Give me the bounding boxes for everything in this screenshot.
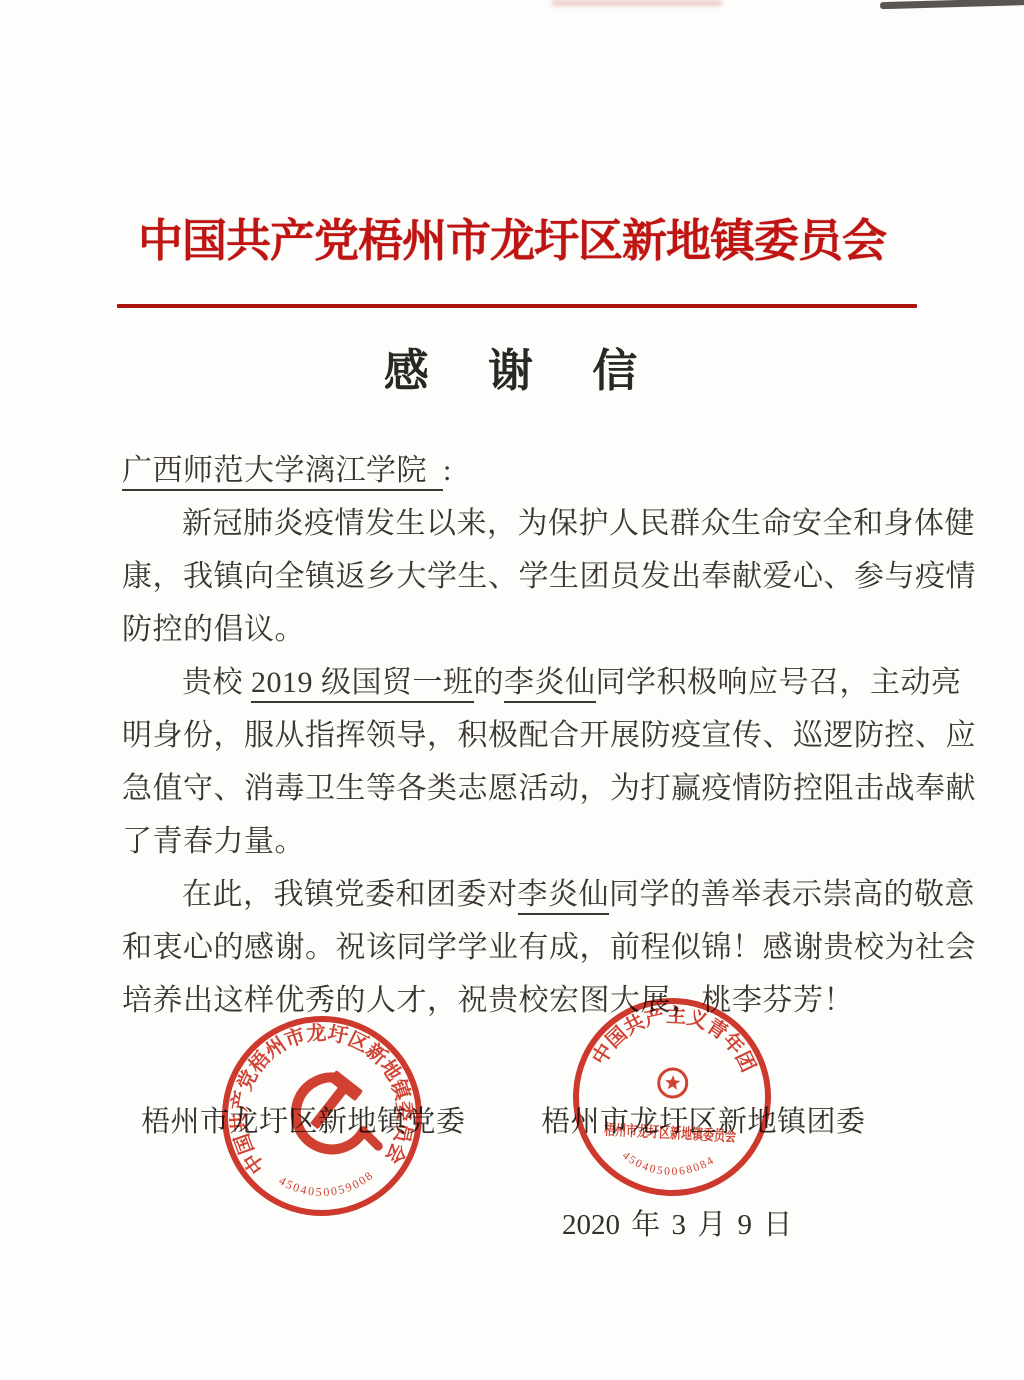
- body-line-p2-1: 贵校 2019 级国贸一班的李炎仙同学积极响应号召，主动亮: [122, 656, 922, 709]
- scanned-letter-page: 中国共产党梧州市龙圩区新地镇委员会 感 谢 信 广西师范大学漓江学院: 新冠肺炎…: [0, 0, 1024, 1380]
- body-line-p2-4: 了青春力量。: [122, 815, 922, 868]
- salutation-colon: :: [443, 454, 452, 487]
- letter-title: 感 谢 信: [0, 334, 1024, 399]
- letter-body: 广西师范大学漓江学院: 新冠肺炎疫情发生以来，为保护人民群众生命安全和身体健 康…: [122, 444, 922, 1027]
- scan-artifact-top-smudge: [552, 0, 722, 6]
- seal-arc-text: 中国共产主义青年团: [586, 999, 763, 1076]
- body-line-p1-3: 防控的倡议。: [122, 603, 922, 656]
- hammer-and-sickle-icon: [293, 1068, 378, 1152]
- issuing-authority-title: 中国共产党梧州市龙圩区新地镇委员会: [0, 204, 1024, 269]
- party-committee-seal: 中国共产党梧州市龙圩区新地镇委员会 4504050059008: [212, 1006, 432, 1226]
- letter-date: 2020 年 3 月 9 日: [562, 1202, 792, 1243]
- seal-ring-text: 中国共产党梧州市龙圩区新地镇委员会: [220, 1015, 420, 1180]
- student-name-underlined: 李炎仙: [518, 878, 610, 915]
- class-name-underlined: 2019 级国贸一班: [251, 666, 474, 703]
- student-name-underlined: 李炎仙: [504, 666, 596, 703]
- seal-code-text: 4504050059008: [276, 1167, 378, 1202]
- body-line-p1-2: 康，我镇向全镇返乡大学生、学生团员发出奉献爱心、参与疫情: [122, 550, 922, 603]
- seal-center-name: 梧州市龙圩区新地镇委员会: [604, 1121, 737, 1146]
- seal-code-text: 4504050068084: [619, 1149, 718, 1180]
- youth-league-emblem-icon: [658, 1068, 687, 1097]
- body-line-p3-1: 在此，我镇党委和团委对李炎仙同学的善举表示崇高的敬意: [122, 868, 922, 921]
- body-line-p2-3: 急值守、消毒卫生等各类志愿活动，为打赢疫情防控阻击战奉献: [122, 762, 922, 815]
- youth-league-seal: 中国共产主义青年团 梧州市龙圩区新地镇委员会 4504050068084: [565, 990, 779, 1204]
- salutation-line: 广西师范大学漓江学院:: [122, 444, 922, 497]
- body-line-p1-1: 新冠肺炎疫情发生以来，为保护人民群众生命安全和身体健: [122, 497, 922, 550]
- scan-artifact-top-right: [880, 0, 1024, 9]
- header-divider-rule: [117, 304, 917, 308]
- body-line-p2-2: 明身份，服从指挥领导，积极配合开展防疫宣传、巡逻防控、应: [122, 709, 922, 762]
- recipient-name: 广西师范大学漓江学院: [122, 454, 443, 491]
- body-line-p3-2: 和衷心的感谢。祝该同学学业有成，前程似锦！感谢贵校为社会: [122, 921, 922, 974]
